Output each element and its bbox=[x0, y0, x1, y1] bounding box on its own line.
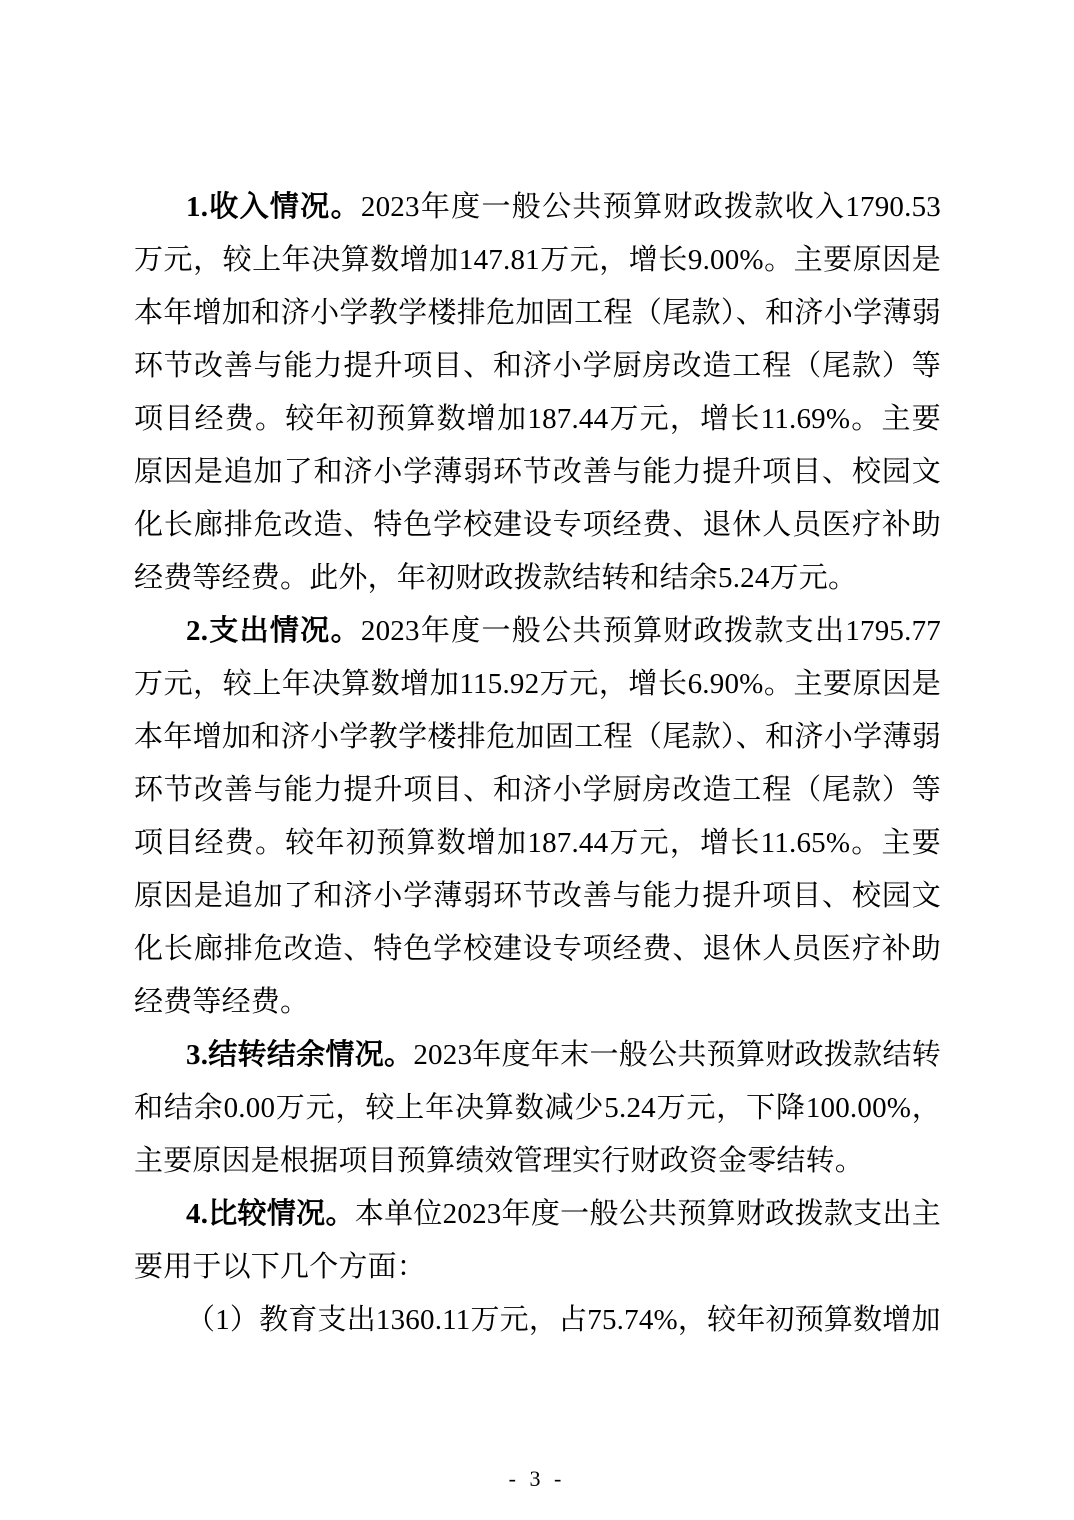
paragraph-text: 2023年度一般公共预算财政拨款支出1795.77万元，较上年决算数增加115.… bbox=[134, 615, 941, 1018]
paragraph-expenditure: 2.支出情况。2023年度一般公共预算财政拨款支出1795.77万元，较上年决算… bbox=[134, 605, 941, 1029]
paragraph-text: 2023年度一般公共预算财政拨款收入1790.53万元，较上年决算数增加147.… bbox=[134, 191, 941, 594]
document-page: 1.收入情况。2023年度一般公共预算财政拨款收入1790.53万元，较上年决算… bbox=[0, 0, 1074, 1520]
paragraph-income: 1.收入情况。2023年度一般公共预算财政拨款收入1790.53万元，较上年决算… bbox=[134, 181, 941, 605]
page-number: - 3 - bbox=[0, 1466, 1074, 1492]
paragraph-text: （1）教育支出1360.11万元，占75.74%，较年初预算数增加 bbox=[186, 1304, 941, 1336]
paragraph-carryover: 3.结转结余情况。2023年度年末一般公共预算财政拨款结转和结余0.00万元，较… bbox=[134, 1029, 941, 1188]
paragraph-education-item: （1）教育支出1360.11万元，占75.74%，较年初预算数增加 bbox=[134, 1294, 941, 1347]
paragraph-comparison: 4.比较情况。本单位2023年度一般公共预算财政拨款支出主要用于以下几个方面： bbox=[134, 1188, 941, 1294]
section-heading-comparison: 4.比较情况。 bbox=[186, 1198, 355, 1230]
section-heading-expenditure: 2.支出情况。 bbox=[186, 615, 361, 647]
section-heading-carryover: 3.结转结余情况。 bbox=[186, 1039, 413, 1071]
document-body: 1.收入情况。2023年度一般公共预算财政拨款收入1790.53万元，较上年决算… bbox=[134, 181, 941, 1347]
section-heading-income: 1.收入情况。 bbox=[186, 191, 361, 223]
